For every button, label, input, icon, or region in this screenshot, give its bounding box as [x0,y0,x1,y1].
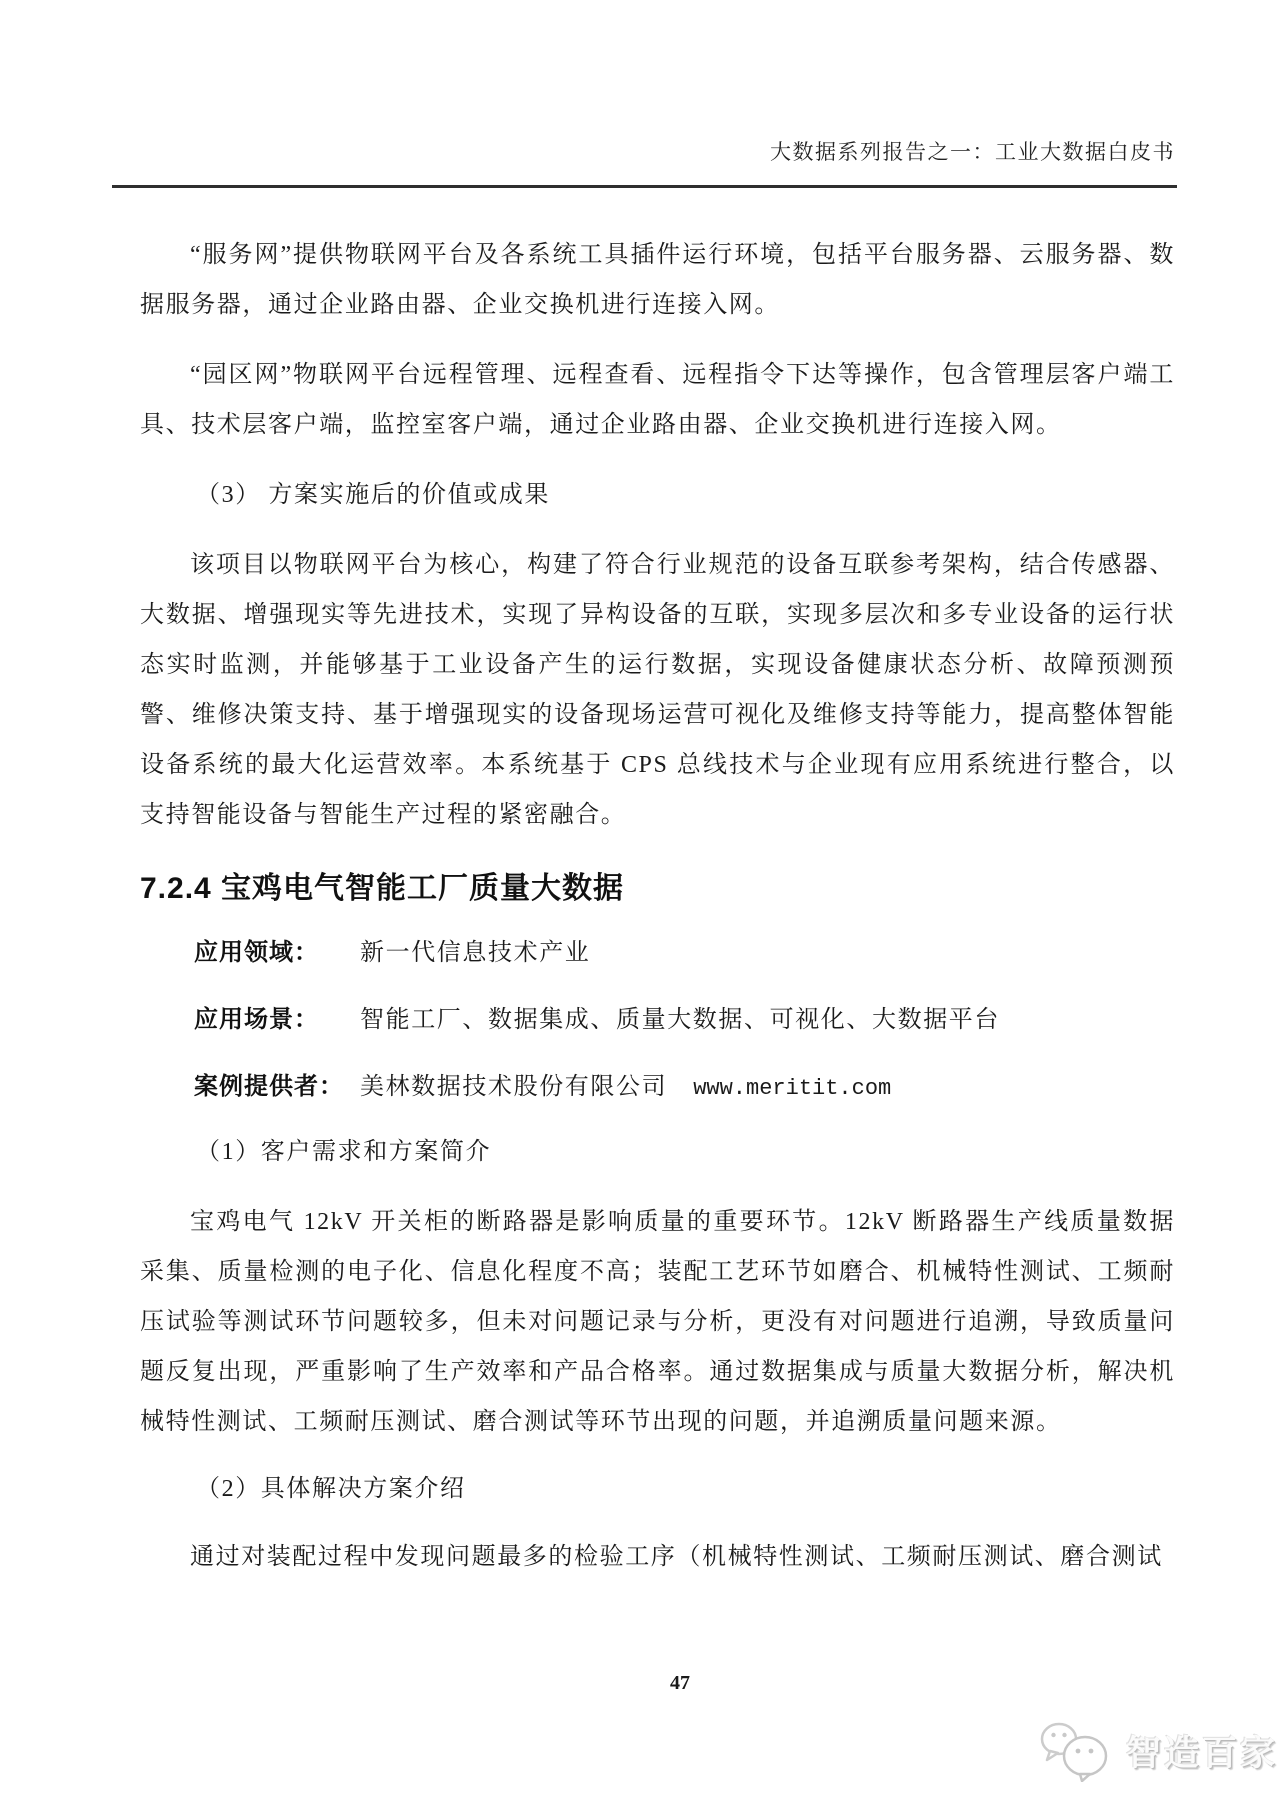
document-page: 大数据系列报告之一：工业大数据白皮书 “服务网”提供物联网平台及各系统工具插件运… [140,0,1175,1582]
field-application-domain: 应用领域： 新一代信息技术产业 [140,928,1175,978]
section-heading-724: 7.2.4 宝鸡电气智能工厂质量大数据 [140,867,1175,911]
watermark-text: 智造百家 [1126,1726,1278,1776]
field-value: 美林数据技术股份有限公司 [360,1062,667,1112]
field-application-scenario: 应用场景： 智能工厂、数据集成、质量大数据、可视化、大数据平台 [140,995,1175,1045]
paragraph-baoji-quality: 宝鸡电气 12kV 开关柜的断路器是影响质量的重要环节。12kV 断路器生产线质… [140,1197,1175,1447]
field-case-provider: 案例提供者： 美林数据技术股份有限公司 www.meritit.com [140,1062,1175,1114]
page-number: 47 [640,1672,720,1695]
provider-url: www.meritit.com [693,1064,891,1114]
header-rule [112,185,1177,188]
wechat-logo-icon [1038,1720,1116,1782]
paragraph-park-net: “园区网”物联网平台远程管理、远程查看、远程指令下达等操作，包含管理层客户端工具… [140,350,1175,450]
running-header: 大数据系列报告之一：工业大数据白皮书 [140,134,1175,170]
field-label: 应用场景： [194,995,360,1045]
paragraph-project-value: 该项目以物联网平台为核心，构建了符合行业规范的设备互联参考架构，结合传感器、大数… [140,540,1175,840]
field-value: 智能工厂、数据集成、质量大数据、可视化、大数据平台 [360,995,1000,1045]
field-label: 案例提供者： [194,1062,360,1112]
watermark: 智造百家 [1038,1720,1278,1782]
subheading-1-customer-needs: （1）客户需求和方案简介 [140,1127,1175,1177]
paragraph-service-net: “服务网”提供物联网平台及各系统工具插件运行环境，包括平台服务器、云服务器、数据… [140,230,1175,330]
subheading-3-results: （3） 方案实施后的价值或成果 [140,470,1175,520]
field-value: 新一代信息技术产业 [360,928,590,978]
field-label: 应用领域： [194,928,360,978]
subheading-2-solution: （2）具体解决方案介绍 [140,1464,1175,1514]
paragraph-assembly-process: 通过对装配过程中发现问题最多的检验工序（机械特性测试、工频耐压测试、磨合测试 [140,1532,1175,1582]
